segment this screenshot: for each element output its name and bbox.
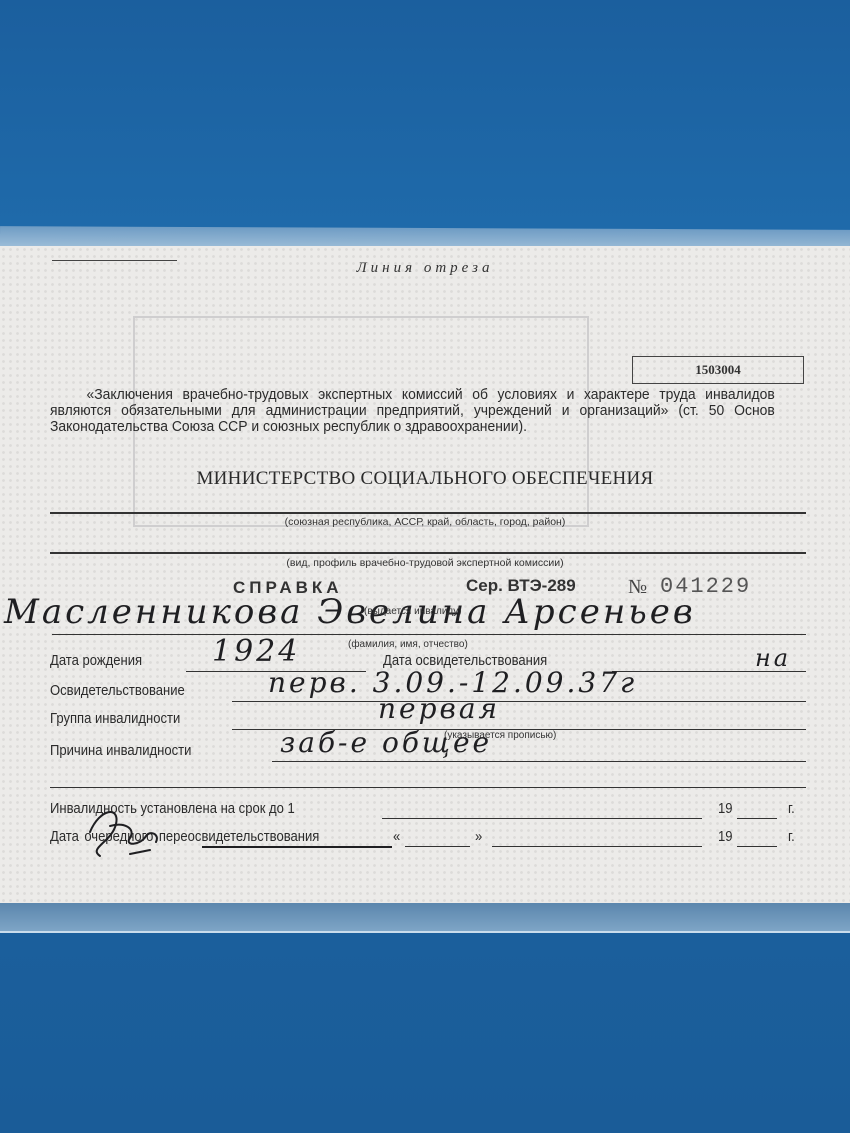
valid-until-year-line — [737, 818, 777, 819]
valid-until-year-prefix: 19 — [718, 801, 733, 817]
next-exam-year-suffix: г. — [788, 829, 795, 845]
disability-cause-line — [272, 761, 806, 762]
disability-group-label: Группа инвалидности — [50, 711, 180, 727]
name-line — [52, 634, 806, 635]
underline-stroke — [202, 846, 392, 848]
next-exam-year-prefix: 19 — [718, 829, 733, 845]
commission-caption: (вид, профиль врачебно-трудовой экспертн… — [0, 557, 850, 569]
next-exam-year-line — [737, 846, 777, 847]
birth-date-label: Дата рождения — [50, 653, 142, 669]
commission-line — [50, 552, 806, 554]
valid-until-line — [382, 818, 702, 819]
cut-line-label: Линия отреза — [0, 260, 850, 277]
legal-notice: «Заключения врачебно-трудовых экспертных… — [50, 387, 775, 435]
next-exam-month-line — [492, 846, 702, 847]
disability-certificate: Линия отреза 1503004 «Заключения врачебн… — [0, 246, 850, 906]
next-exam-close-quote: » — [475, 829, 482, 845]
region-caption: (союзная республика, АССР, край, область… — [0, 516, 850, 528]
valid-until-year-suffix: г. — [788, 801, 795, 817]
examination-label: Освидетельствование — [50, 683, 185, 699]
exam-date-value: на — [755, 644, 791, 672]
ministry-heading: МИНИСТЕРСТВО СОЦИАЛЬНОГО ОБЕСПЕЧЕНИЯ — [0, 468, 850, 490]
birth-date-value: 1924 — [212, 634, 300, 669]
full-name-handwritten: Масленникова Эвелина Арсеньев — [4, 592, 696, 632]
form-number-box: 1503004 — [632, 356, 804, 384]
plastic-sleeve-bottom-edge — [0, 903, 850, 933]
next-exam-open-quote: « — [393, 829, 400, 845]
name-caption: (фамилия, имя, отчество) — [348, 639, 468, 650]
disability-cause-value: заб-е общее — [280, 726, 492, 759]
next-exam-day-line — [405, 846, 470, 847]
disability-cause-label: Причина инвалидности — [50, 743, 191, 759]
disability-group-value: первая — [378, 692, 500, 725]
blank-line — [50, 787, 806, 788]
exam-date-line — [612, 671, 806, 672]
signature-scribble — [80, 802, 166, 862]
examination-line — [232, 701, 806, 702]
region-line — [50, 512, 806, 514]
issued-to-caption: (выдается инвалиду) — [364, 606, 462, 617]
